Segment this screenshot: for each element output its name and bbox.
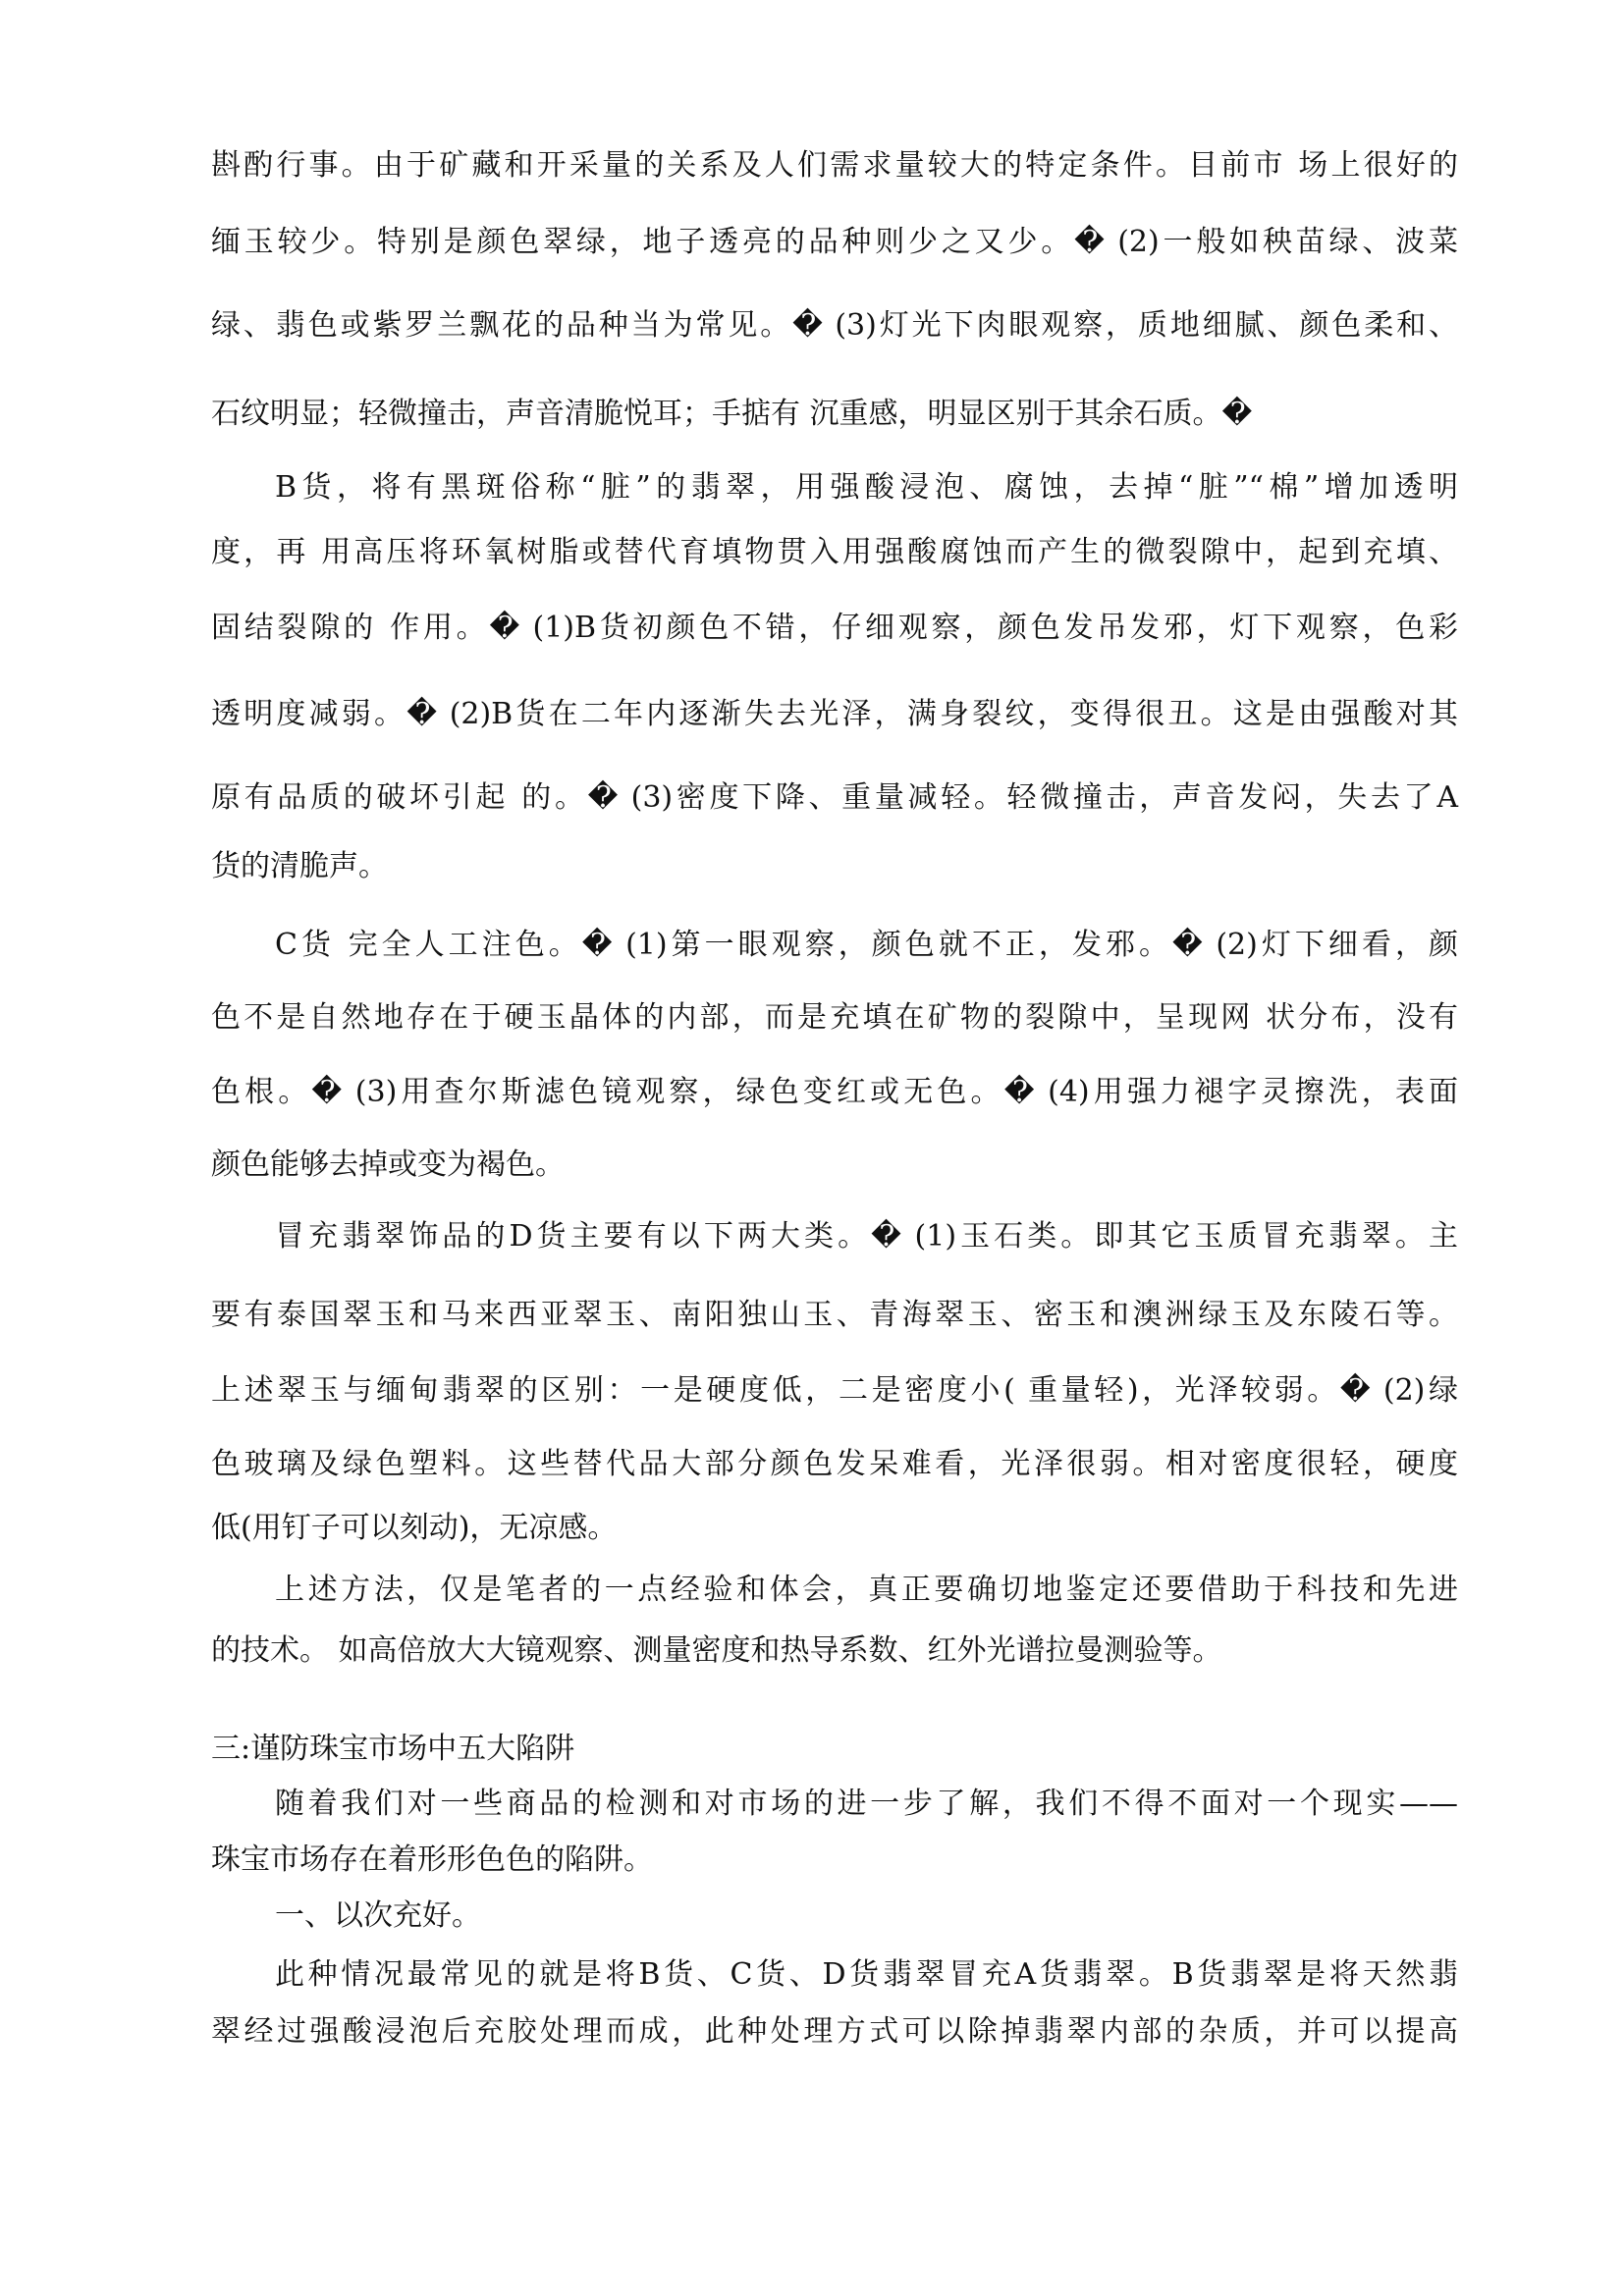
text-line: 的技术。 如高倍放大大镜观察、测量密度和热导系数、红外光谱拉曼测验等。 xyxy=(211,1631,1458,1671)
text-line: 石纹明显；轻微撞击，声音清脆悦耳；手掂有 沉重感，明显区别于其余石质。� xyxy=(211,395,1458,434)
document-page: 斟酌行事。由于矿藏和开采量的关系及人们需求量较大的特定条件。目前市 场上很好的 … xyxy=(0,0,1624,2296)
section-heading: 三:谨防珠宝市场中五大陷阱 xyxy=(211,1730,1458,1769)
text-line: 固结裂隙的 作用。� (1)B货初颜色不错，仔细观察，颜色发吊发邪，灯下观察，色… xyxy=(211,609,1458,648)
text-line: 低(用钉子可以刻动)，无凉感。 xyxy=(211,1509,1458,1548)
text-line: 上述翠玉与缅甸翡翠的区别：一是硬度低，二是密度小( 重量轻)，光泽较弱。� (2… xyxy=(211,1371,1458,1411)
text-line: 颜色能够去掉或变为褐色。 xyxy=(211,1146,1458,1185)
text-line: 色不是自然地存在于硬玉晶体的内部，而是充填在矿物的裂隙中，呈现网 状分布，没有 xyxy=(211,998,1458,1038)
text-line: 透明度减弱。� (2)B货在二年内逐渐失去光泽，满身裂纹，变得很丑。这是由强酸对… xyxy=(211,695,1458,734)
text-line: 度，再 用高压将环氧树脂或替代育填物贯入用强酸腐蚀而产生的微裂隙中，起到充填、 xyxy=(211,533,1458,572)
subsection-heading: 一、以次充好。 xyxy=(275,1896,1458,1936)
paragraph-start-methods: 上述方法，仅是笔者的一点经验和体会，真正要确切地鉴定还要借助于科技和先进 xyxy=(275,1571,1458,1610)
paragraph-start-substitution: 此种情况最常见的就是将B货、C货、D货翡翠冒充A货翡翠。B货翡翠是将天然翡 xyxy=(275,1955,1458,1995)
text-line: 色玻璃及绿色塑料。这些替代品大部分颜色发呆难看，光泽很弱。相对密度很轻，硬度 xyxy=(211,1445,1458,1484)
text-line: 货的清脆声。 xyxy=(211,847,1458,886)
paragraph-start-d-grade: 冒充翡翠饰品的D货主要有以下两大类。� (1)玉石类。即其它玉质冒充翡翠。主 xyxy=(275,1217,1458,1256)
text-line: 要有泰国翠玉和马来西亚翠玉、南阳独山玉、青海翠玉、密玉和澳洲绿玉及东陵石等。 xyxy=(211,1296,1458,1335)
text-line: 斟酌行事。由于矿藏和开采量的关系及人们需求量较大的特定条件。目前市 场上很好的 xyxy=(211,146,1458,186)
paragraph-start-c-grade: C货 完全人工注色。� (1)第一眼观察，颜色就不正，发邪。� (2)灯下细看，… xyxy=(275,926,1458,965)
paragraph-start-b-grade: B货，将有黑斑俗称“脏”的翡翠，用强酸浸泡、腐蚀，去掉“脏”“棉”增加透明 xyxy=(275,468,1458,507)
text-line: 原有品质的破坏引起 的。� (3)密度下降、重量减轻。轻微撞击，声音发闷，失去了… xyxy=(211,778,1458,818)
text-line: 翠经过强酸浸泡后充胶处理而成，此种处理方式可以除掉翡翠内部的杂质，并可以提高 xyxy=(211,2012,1458,2052)
paragraph-start-traps: 随着我们对一些商品的检测和对市场的进一步了解，我们不得不面对一个现实—— xyxy=(275,1785,1458,1824)
text-line: 色根。� (3)用查尔斯滤色镜观察，绿色变红或无色。� (4)用强力褪字灵擦洗，… xyxy=(211,1073,1458,1112)
text-line: 缅玉较少。特别是颜色翠绿，地子透亮的品种则少之又少。� (2)一般如秧苗绿、波菜 xyxy=(211,223,1458,262)
text-line: 绿、翡色或紫罗兰飘花的品种当为常见。� (3)灯光下肉眼观察，质地细腻、颜色柔和… xyxy=(211,306,1458,346)
text-line: 珠宝市场存在着形形色色的陷阱。 xyxy=(211,1841,1458,1880)
